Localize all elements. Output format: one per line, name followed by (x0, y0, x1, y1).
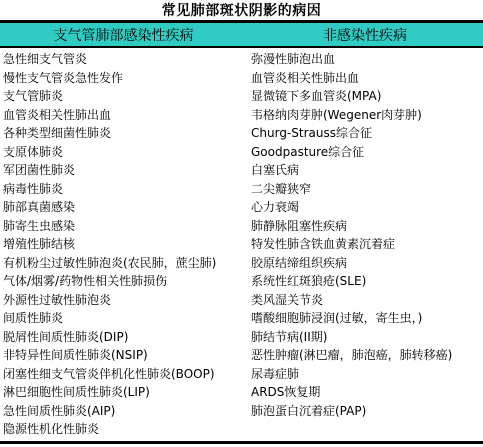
table-row: 肺寄生虫感染 (3, 217, 247, 236)
table-row: 有机粉尘过敏性肺泡炎(农民肺，蔗尘肺) (3, 254, 247, 273)
table-row: 二尖瓣狭窄 (251, 180, 483, 199)
table-row: 支气管肺炎 (3, 87, 247, 106)
table-row: 类风湿关节炎 (251, 291, 483, 310)
table-row: 急性细支气管炎 (3, 50, 247, 69)
table-header-row: 支气管肺部感染性疾病 非感染性疾病 (0, 23, 483, 48)
table-row: 特发性肺含铁血黄素沉着症 (251, 235, 483, 254)
table-row: Churg-Strauss综合征 (251, 124, 483, 143)
table-body: 急性细支气管炎慢性支气管炎急性发作支气管肺炎血管炎相关性肺出血各种类型细菌性肺炎… (0, 48, 483, 439)
table-row: 胶原结缔组织疾病 (251, 254, 483, 273)
table-row: 肺部真菌感染 (3, 198, 247, 217)
table-row: 系统性红斑狼疮(SLE) (251, 272, 483, 291)
table-row: 肺结节病(II期) (251, 328, 483, 347)
table-row: 间质性肺炎 (3, 309, 247, 328)
header-noninfectious-diseases: 非感染性疾病 (247, 25, 483, 45)
table-row: 外源性过敏性肺泡炎 (3, 291, 247, 310)
table-row: 淋巴细胞性间质性肺炎(LIP) (3, 383, 247, 402)
table-row: 脱屑性间质性肺炎(DIP) (3, 328, 247, 347)
table-row: 恶性肿瘤(淋巴瘤，肺泡癌，肺转移癌) (251, 346, 483, 365)
table-row: 闭塞性细支气管炎伴机化性肺炎(BOOP) (3, 365, 247, 384)
noninfectious-column: 弥漫性肺泡出血血管炎相关性肺出血显微镜下多血管炎(MPA)韦格纳肉芽肿(Wege… (247, 50, 483, 439)
table-row: 尿毒症肺 (251, 365, 483, 384)
table-row: 病毒性肺炎 (3, 180, 247, 199)
table-row: 隐源性机化性肺炎 (3, 420, 247, 439)
header-infectious-diseases: 支气管肺部感染性疾病 (0, 25, 247, 45)
table-row: 气体/烟雾/药物性相关性肺损伤 (3, 272, 247, 291)
table-row: 血管炎相关性肺出血 (251, 69, 483, 88)
page-title: 常见肺部斑状阴影的病因 (0, 0, 483, 20)
table-row: 白塞氏病 (251, 161, 483, 180)
causes-table-page: 常见肺部斑状阴影的病因 支气管肺部感染性疾病 非感染性疾病 急性细支气管炎慢性支… (0, 0, 483, 447)
table-row: 军团菌性肺炎 (3, 161, 247, 180)
table-row: 韦格纳肉芽肿(Wegener肉芽肿) (251, 106, 483, 125)
table-row: 各种类型细菌性肺炎 (3, 124, 247, 143)
table-row: 支原体肺炎 (3, 143, 247, 162)
table-row: 弥漫性肺泡出血 (251, 50, 483, 69)
table-row: ARDS恢复期 (251, 383, 483, 402)
table-row: 显微镜下多血管炎(MPA) (251, 87, 483, 106)
table-row: 心力衰竭 (251, 198, 483, 217)
bottom-border (0, 441, 483, 444)
table-row: 肺泡蛋白沉着症(PAP) (251, 402, 483, 421)
infectious-column: 急性细支气管炎慢性支气管炎急性发作支气管肺炎血管炎相关性肺出血各种类型细菌性肺炎… (0, 50, 247, 439)
table-row: 肺静脉阻塞性疾病 (251, 217, 483, 236)
table-row: 增殖性肺结核 (3, 235, 247, 254)
table-row: 慢性支气管炎急性发作 (3, 69, 247, 88)
table-row: 非特异性间质性肺炎(NSIP) (3, 346, 247, 365)
table-row: Goodpasture综合征 (251, 143, 483, 162)
table-row: 急性间质性肺炎(AIP) (3, 402, 247, 421)
table-row: 嗜酸细胞肺浸润(过敏，寄生虫，) (251, 309, 483, 328)
table-row: 血管炎相关性肺出血 (3, 106, 247, 125)
